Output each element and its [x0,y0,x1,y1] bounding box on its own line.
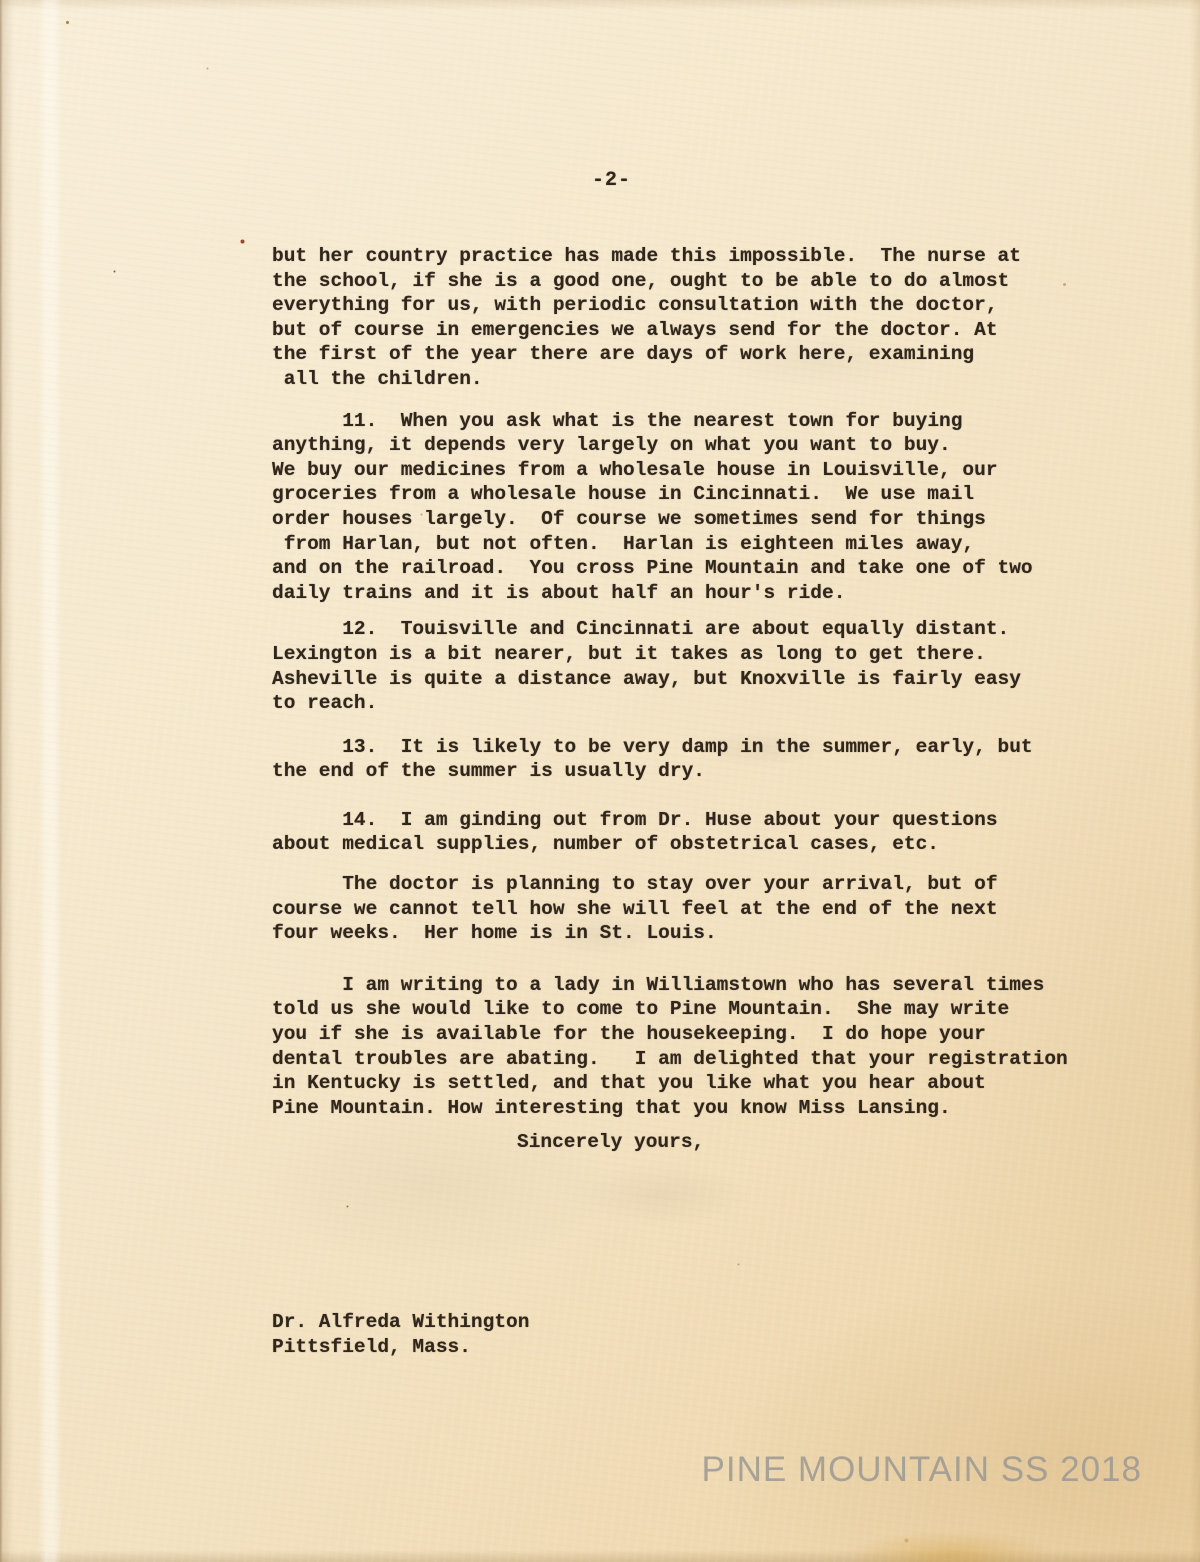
recipient-name: Dr. Alfreda Withington [272,1310,1084,1335]
letter-paragraph: 13. It is likely to be very damp in the … [272,735,1084,784]
paper-specks [0,0,5,5]
letter-page: -2- but her country practice has made th… [0,0,1200,1562]
page-number: -2- [592,169,631,194]
letter-paragraph: but her country practice has made this i… [272,244,1084,392]
recipient-location: Pittsfield, Mass. [272,1335,1084,1360]
watermark: PINE MOUNTAIN SS 2018 [702,1450,1142,1490]
letter-paragraph: 11. When you ask what is the nearest tow… [272,409,1084,606]
letter-paragraph: The doctor is planning to stay over your… [272,872,1084,946]
closing-salutation: Sincerely yours, [272,1130,1084,1155]
letter-paragraph: I am writing to a lady in Williamstown w… [272,973,1084,1121]
letter-body: but her country practice has made this i… [272,244,1084,1359]
letter-paragraph: 12. Touisville and Cincinnati are about … [272,617,1084,715]
letter-paragraph: 14. I am ginding out from Dr. Huse about… [272,808,1084,857]
recipient-address: Dr. Alfreda Withington Pittsfield, Mass. [272,1310,1084,1359]
